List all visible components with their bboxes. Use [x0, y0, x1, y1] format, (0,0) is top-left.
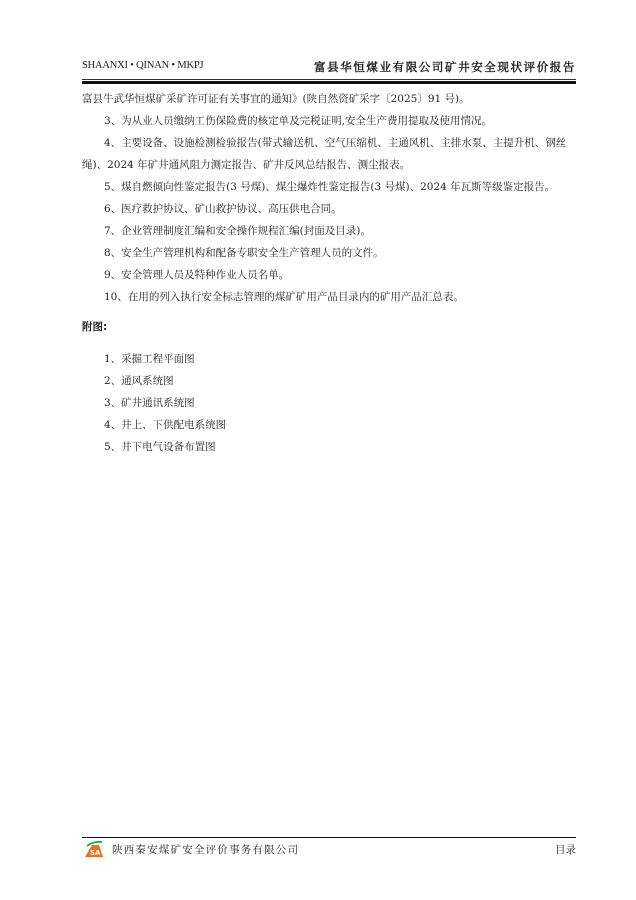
footer-page-label: 目录 [555, 842, 576, 857]
header-report-title: 富县华恒煤业有限公司矿井安全现状评价报告 [314, 59, 576, 75]
list-item: 4、主要设备、设施检测检验报告(带式输送机、空气压缩机、主通风机、主排水泵、主提… [82, 132, 574, 176]
page-header: SHAANXI • QINAN • MKPJ 富县华恒煤业有限公司矿井安全现状评… [82, 60, 576, 74]
figure-item: 5、井下电气设备布置图 [104, 436, 574, 458]
figure-item: 3、矿井通讯系统图 [104, 392, 574, 414]
figure-item: 1、采掘工程平面图 [104, 348, 574, 370]
list-item: 7、企业管理制度汇编和安全操作规程汇编(封面及目录)。 [82, 220, 574, 242]
page-footer: SA 陕西秦安煤矿安全评价事务有限公司 目录 [82, 840, 576, 858]
svg-text:SA: SA [90, 849, 101, 857]
list-item: 10、在用的列入执行安全标志管理的煤矿矿用产品目录内的矿用产品汇总表。 [82, 286, 574, 308]
footer-company-name: 陕西秦安煤矿安全评价事务有限公司 [112, 842, 299, 857]
header-rule-thick [82, 81, 576, 84]
continuation-paragraph: 富县牛武华恒煤矿采矿许可证有关事宜的通知》(陕自然资矿采字〔2025〕91 号)… [82, 88, 574, 110]
header-left-text: SHAANXI • QINAN • MKPJ [82, 60, 203, 71]
document-body: 富县牛武华恒煤矿采矿许可证有关事宜的通知》(陕自然资矿采字〔2025〕91 号)… [82, 88, 574, 458]
list-item: 3、为从业人员缴纳工伤保险费的核定单及完税证明,安全生产费用提取及使用情况。 [82, 110, 574, 132]
list-item: 8、安全生产管理机构和配备专职安全生产管理人员的文件。 [82, 242, 574, 264]
list-item: 5、煤自燃倾向性鉴定报告(3 号煤)、煤尘爆炸性鉴定报告(3 号煤)、2024 … [82, 176, 574, 198]
footer-rule [82, 837, 576, 838]
figures-list: 1、采掘工程平面图 2、通风系统图 3、矿井通讯系统图 4、井上、下供配电系统图… [82, 348, 574, 458]
header-rule-thin [82, 79, 576, 80]
list-item: 6、医疗救护协议、矿山救护协议、高压供电合同。 [82, 198, 574, 220]
figure-item: 2、通风系统图 [104, 370, 574, 392]
figures-heading: 附图: [82, 316, 574, 338]
list-item: 9、安全管理人员及特种作业人员名单。 [82, 264, 574, 286]
figure-item: 4、井上、下供配电系统图 [104, 414, 574, 436]
company-logo-icon: SA [84, 841, 104, 857]
